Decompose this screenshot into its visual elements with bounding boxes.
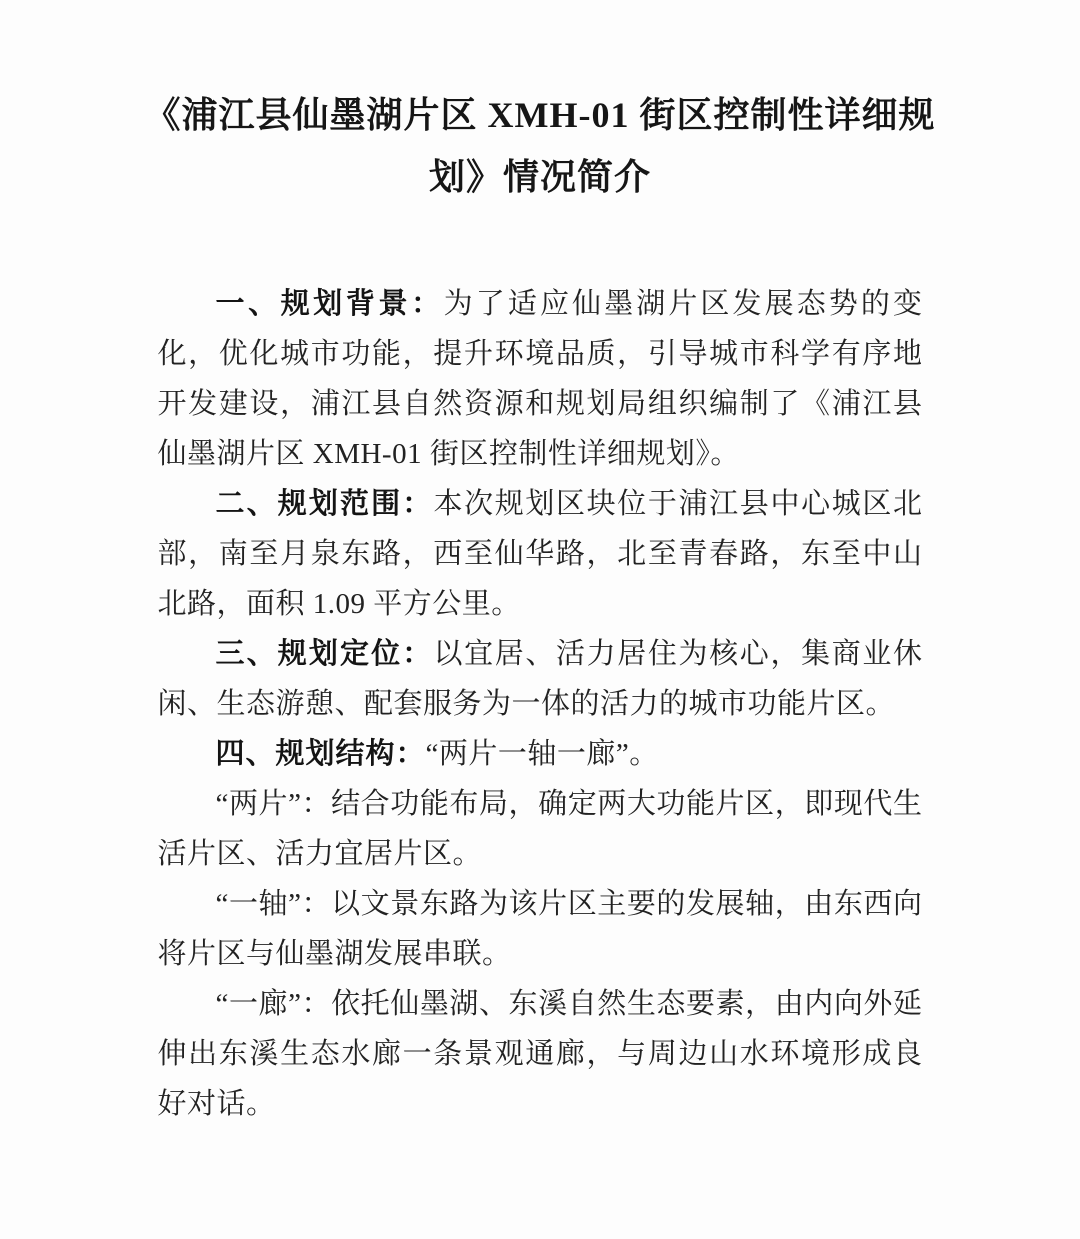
section-label: “两片”：: [216, 788, 332, 820]
section-label: “一廊”：: [216, 988, 332, 1020]
paragraph-planning-structure: 四、规划结构：“两片一轴一廊”。: [158, 729, 923, 779]
page-title-line-2: 划》情况简介: [0, 146, 1080, 208]
paragraph-one-axis: “一轴”：以文景东路为该片区主要的发展轴，由东西向将片区与仙墨湖发展串联。: [158, 879, 923, 979]
section-label: 三、规划定位：: [216, 638, 434, 670]
section-text: “两片一轴一廊”。: [426, 738, 659, 770]
section-label: 一、规划背景：: [216, 288, 444, 320]
paragraph-planning-background: 一、规划背景：为了适应仙墨湖片区发展态势的变化，优化城市功能，提升环境品质，引导…: [158, 279, 923, 479]
document-body: 一、规划背景：为了适应仙墨湖片区发展态势的变化，优化城市功能，提升环境品质，引导…: [158, 279, 923, 1129]
page-title-line-1: 《浦江县仙墨湖片区 XMH-01 街区控制性详细规: [0, 84, 1080, 146]
paragraph-planning-positioning: 三、规划定位：以宜居、活力居住为核心，集商业休闲、生态游憩、配套服务为一体的活力…: [158, 629, 923, 729]
paragraph-planning-scope: 二、规划范围：本次规划区块位于浦江县中心城区北部，南至月泉东路，西至仙华路，北至…: [158, 479, 923, 629]
paragraph-two-pieces: “两片”：结合功能布局，确定两大功能片区，即现代生活片区、活力宜居片区。: [158, 779, 923, 879]
section-label: 二、规划范围：: [216, 488, 434, 520]
paragraph-one-corridor: “一廊”：依托仙墨湖、东溪自然生态要素，由内向外延伸出东溪生态水廊一条景观通廊，…: [158, 979, 923, 1129]
section-label: 四、规划结构：: [216, 738, 426, 770]
page-title: 《浦江县仙墨湖片区 XMH-01 街区控制性详细规 划》情况简介: [0, 0, 1080, 208]
section-label: “一轴”：: [216, 888, 332, 920]
document-page: 《浦江县仙墨湖片区 XMH-01 街区控制性详细规 划》情况简介 一、规划背景：…: [0, 0, 1080, 1239]
